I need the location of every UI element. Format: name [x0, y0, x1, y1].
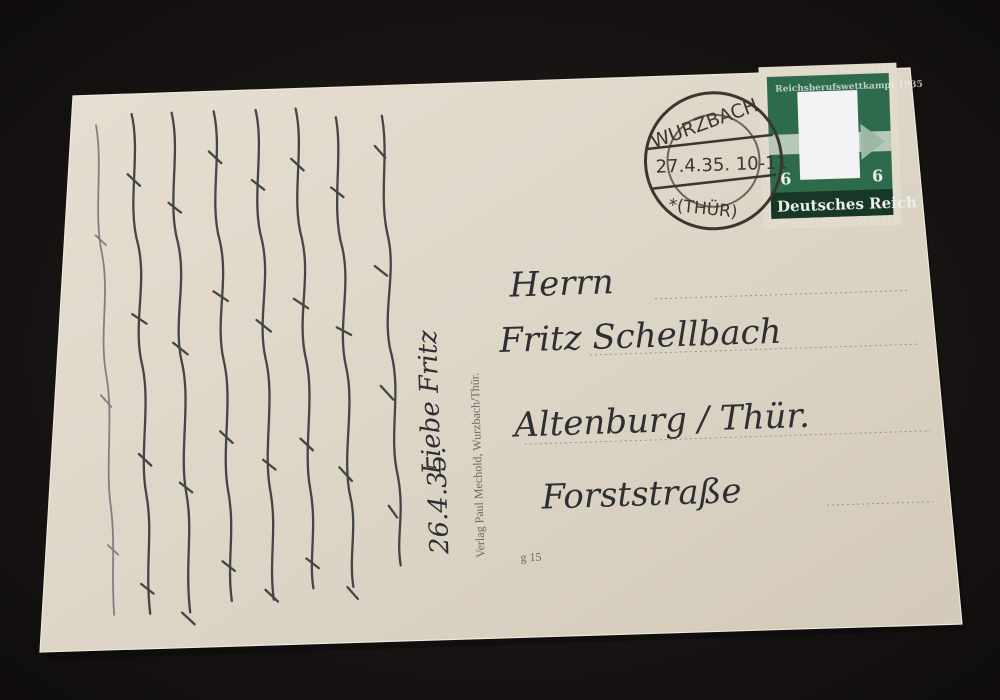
- address-line-4: Forststraße: [540, 471, 742, 518]
- obscured-patch: [797, 90, 860, 180]
- postmark-date: 27.4.35. 10-11: [655, 152, 788, 177]
- print-code: g 15: [520, 550, 541, 565]
- message-greeting: Liebe Fritz: [413, 329, 448, 475]
- postcard-scene: 26.4.35. Liebe Fritz: [0, 0, 1000, 700]
- address-line-1: Herrn: [508, 262, 614, 305]
- stamp-denomination-right: 6: [872, 166, 884, 185]
